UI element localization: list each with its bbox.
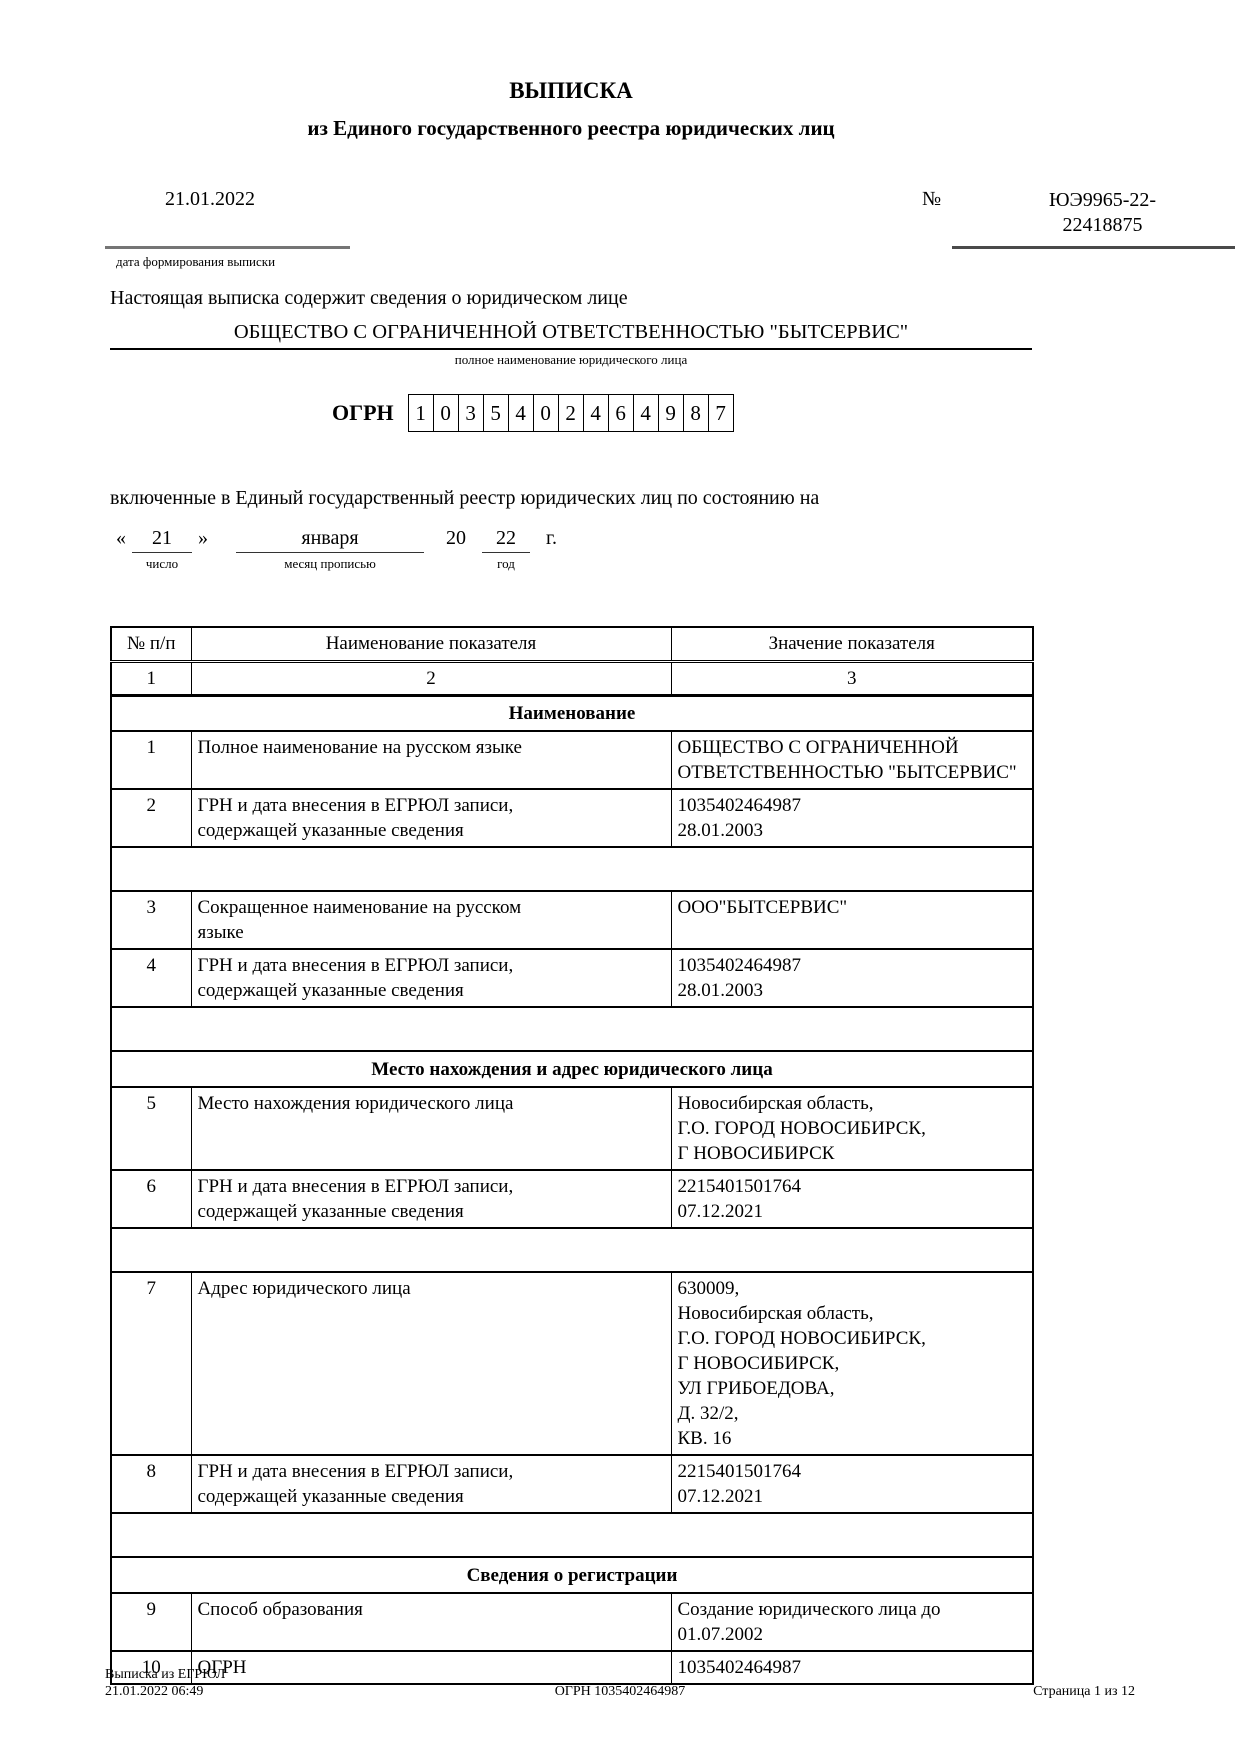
section-title: Сведения о регистрации — [111, 1557, 1033, 1593]
ogrn-digit-box: 0 — [433, 394, 459, 432]
spacer-cell — [111, 847, 1033, 891]
day-value: 21 — [132, 526, 192, 553]
ogrn-digit-box: 4 — [633, 394, 659, 432]
doc-title: ВЫПИСКА — [110, 78, 1032, 104]
spacer-row — [111, 847, 1033, 891]
year-suffix: г. — [546, 526, 557, 550]
col-number-1: 1 — [111, 661, 191, 695]
row-value: Новосибирская область, Г.О. ГОРОД НОВОСИ… — [671, 1087, 1033, 1170]
table-row: 7Адрес юридического лица630009, Новосиби… — [111, 1272, 1033, 1455]
ogrn-digit-box: 2 — [558, 394, 584, 432]
row-label: ОГРН — [191, 1651, 671, 1684]
as-of-date-line: « 21 число » января месяц прописью 20 22… — [110, 526, 1032, 571]
ogrn-digit-box: 8 — [683, 394, 709, 432]
row-label: Адрес юридического лица — [191, 1272, 671, 1455]
spacer-cell — [111, 1513, 1033, 1557]
row-value: 2215401501764 07.12.2021 — [671, 1170, 1033, 1228]
row-value: Создание юридического лица до 01.07.2002 — [671, 1593, 1033, 1651]
ogrn-label: ОГРН — [332, 400, 394, 426]
year-value: 22 — [482, 526, 530, 553]
row-label: Полное наименование на русском языке — [191, 731, 671, 789]
col-number-3: 3 — [671, 661, 1033, 695]
row-label: ГРН и дата внесения в ЕГРЮЛ записи, соде… — [191, 1170, 671, 1228]
spacer-row — [111, 1228, 1033, 1272]
table-row: 2ГРН и дата внесения в ЕГРЮЛ записи, сод… — [111, 789, 1033, 847]
row-value: 630009, Новосибирская область, Г.О. ГОРО… — [671, 1272, 1033, 1455]
footer-page-number: Страница 1 из 12 — [1033, 1683, 1135, 1700]
close-quote: » — [192, 526, 214, 550]
table-row: 9Способ образованияСоздание юридического… — [111, 1593, 1033, 1651]
formation-date: 21.01.2022 — [165, 188, 255, 211]
year-segment: 22 год — [482, 526, 530, 571]
table-row: 1Полное наименование на русском языкеОБЩ… — [111, 731, 1033, 789]
row-number: 3 — [111, 891, 191, 949]
month-segment: января месяц прописью — [236, 526, 424, 571]
spacer-row — [111, 1513, 1033, 1557]
spacer-cell — [111, 1228, 1033, 1272]
century-value: 20 — [446, 526, 466, 550]
doc-subtitle: из Единого государственного реестра юрид… — [110, 116, 1032, 140]
row-number: 7 — [111, 1272, 191, 1455]
row-value: 1035402464987 — [671, 1651, 1033, 1684]
table-header-row: № п/п Наименование показателя Значение п… — [111, 627, 1033, 661]
ogrn-digit-box: 5 — [483, 394, 509, 432]
meta-row: 21.01.2022 дата формирования выписки № Ю… — [110, 180, 1032, 280]
table-row: 3Сокращенное наименование на русском язы… — [111, 891, 1033, 949]
formation-date-underline — [105, 246, 350, 249]
col-header-value: Значение показателя — [671, 627, 1033, 661]
section-row: Наименование — [111, 695, 1033, 731]
row-number: 6 — [111, 1170, 191, 1228]
ogrn-row: ОГРН 1035402464987 — [332, 394, 1032, 432]
open-quote: « — [110, 526, 132, 550]
row-value: ОБЩЕСТВО С ОГРАНИЧЕННОЙ ОТВЕТСТВЕННОСТЬЮ… — [671, 731, 1033, 789]
document-number-underline — [952, 246, 1235, 249]
table-body: Наименование1Полное наименование на русс… — [111, 695, 1033, 1684]
row-label: ГРН и дата внесения в ЕГРЮЛ записи, соде… — [191, 789, 671, 847]
year-label: год — [497, 556, 515, 571]
footer-doc-type: Выписка из ЕГРЮЛ — [105, 1667, 225, 1682]
included-text: включенные в Единый государственный реес… — [110, 486, 1032, 510]
day-segment: 21 число — [132, 526, 192, 571]
month-value: января — [236, 526, 424, 553]
month-label: месяц прописью — [284, 556, 376, 571]
ogrn-digit-box: 3 — [458, 394, 484, 432]
ogrn-digit-box: 9 — [658, 394, 684, 432]
row-label: ГРН и дата внесения в ЕГРЮЛ записи, соде… — [191, 1455, 671, 1513]
row-number: 5 — [111, 1087, 191, 1170]
row-value: 2215401501764 07.12.2021 — [671, 1455, 1033, 1513]
company-name: ОБЩЕСТВО С ОГРАНИЧЕННОЙ ОТВЕТСТВЕННОСТЬЮ… — [110, 320, 1032, 344]
column-numbers-row: 1 2 3 — [111, 661, 1033, 695]
ogrn-digit-box: 0 — [533, 394, 559, 432]
document-number: ЮЭ9965-22- 22418875 — [970, 188, 1235, 238]
section-row: Сведения о регистрации — [111, 1557, 1033, 1593]
row-value: ООО"БЫТСЕРВИС" — [671, 891, 1033, 949]
col-header-num: № п/п — [111, 627, 191, 661]
row-value: 1035402464987 28.01.2003 — [671, 789, 1033, 847]
table-row: 6ГРН и дата внесения в ЕГРЮЛ записи, сод… — [111, 1170, 1033, 1228]
row-number: 4 — [111, 949, 191, 1007]
footer-ogrn: ОГРН 1035402464987 — [105, 1683, 1135, 1700]
day-label: число — [146, 556, 178, 571]
ogrn-boxes: 1035402464987 — [408, 394, 734, 432]
formation-date-label: дата формирования выписки — [116, 254, 275, 270]
row-label: Способ образования — [191, 1593, 671, 1651]
ogrn-digit-box: 6 — [608, 394, 634, 432]
table-row: 10ОГРН1035402464987 — [111, 1651, 1033, 1684]
col-number-2: 2 — [191, 661, 671, 695]
document-page: ВЫПИСКА из Единого государственного реес… — [0, 0, 1240, 1755]
row-number: 1 — [111, 731, 191, 789]
document-number-sign: № — [922, 188, 941, 211]
col-header-indicator: Наименование показателя — [191, 627, 671, 661]
row-label: ГРН и дата внесения в ЕГРЮЛ записи, соде… — [191, 949, 671, 1007]
row-value: 1035402464987 28.01.2003 — [671, 949, 1033, 1007]
section-row: Место нахождения и адрес юридического ли… — [111, 1051, 1033, 1087]
statement-text: Настоящая выписка содержит сведения о юр… — [110, 286, 1032, 310]
ogrn-digit-box: 1 — [408, 394, 434, 432]
registry-table: № п/п Наименование показателя Значение п… — [110, 626, 1034, 1685]
document-number-line2: 22418875 — [1063, 214, 1143, 236]
table-row: 5Место нахождения юридического лицаНовос… — [111, 1087, 1033, 1170]
row-number: 9 — [111, 1593, 191, 1651]
company-name-label: полное наименование юридического лица — [110, 352, 1032, 368]
section-title: Место нахождения и адрес юридического ли… — [111, 1051, 1033, 1087]
spacer-cell — [111, 1007, 1033, 1051]
spacer-row — [111, 1007, 1033, 1051]
ogrn-digit-box: 7 — [708, 394, 734, 432]
document-content: ВЫПИСКА из Единого государственного реес… — [110, 78, 1032, 1685]
table-row: 4ГРН и дата внесения в ЕГРЮЛ записи, сод… — [111, 949, 1033, 1007]
row-label: Место нахождения юридического лица — [191, 1087, 671, 1170]
row-label: Сокращенное наименование на русском язык… — [191, 891, 671, 949]
table-row: 8ГРН и дата внесения в ЕГРЮЛ записи, сод… — [111, 1455, 1033, 1513]
document-number-line1: ЮЭ9965-22- — [1049, 189, 1156, 211]
company-name-underline — [110, 348, 1032, 350]
ogrn-digit-box: 4 — [508, 394, 534, 432]
section-title: Наименование — [111, 695, 1033, 731]
ogrn-digit-box: 4 — [583, 394, 609, 432]
row-number: 2 — [111, 789, 191, 847]
row-number: 8 — [111, 1455, 191, 1513]
